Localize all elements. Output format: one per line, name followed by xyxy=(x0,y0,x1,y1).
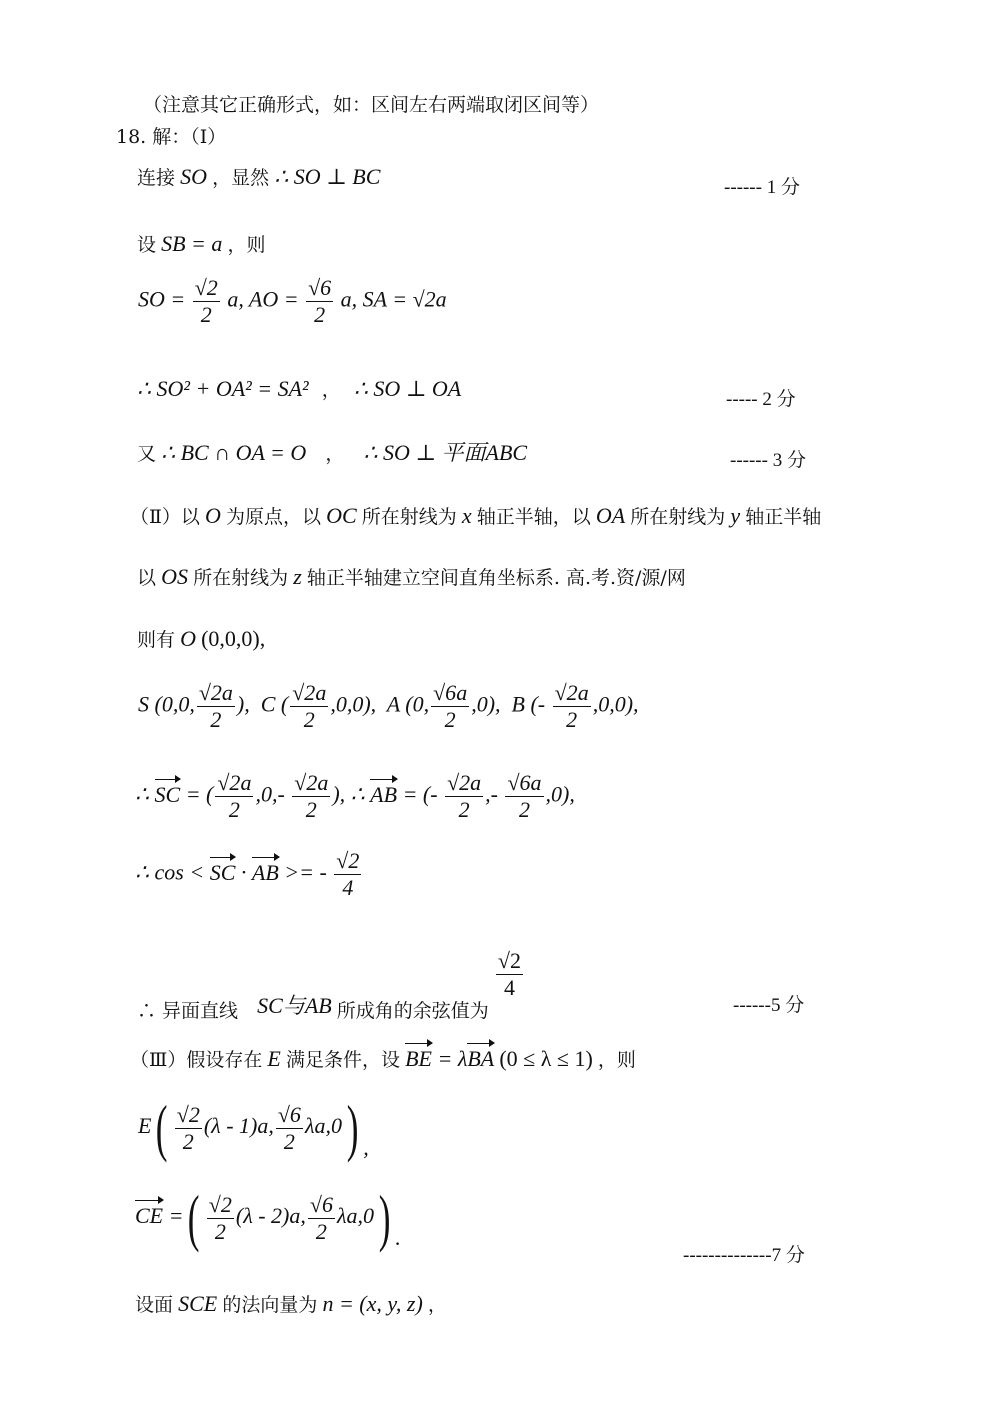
score-3: ------ 3 分 xyxy=(730,445,806,472)
text: 设 xyxy=(137,234,156,256)
math-sb-eq-a: SB = a xyxy=(161,231,222,256)
text: ，则 xyxy=(228,234,266,256)
math: a, SA = xyxy=(341,287,407,312)
cos-line: ∴ cos < SC · AB >= - √24 ∴ cos < SC · AB… xyxy=(135,848,363,901)
vectors-line: ∴ SC = (√2a2,0,- √2a2), ∴ AB = (- √2a2,-… xyxy=(135,770,575,823)
part1-line5: 又 ∴ BC ∩ OA = O ， ∴ SO ⊥ 平面ABC xyxy=(137,436,527,467)
math: x xyxy=(462,503,472,528)
score-7: --------------7 分 xyxy=(683,1240,805,1267)
math-so-perp-bc: ∴ SO ⊥ BC xyxy=(274,164,380,189)
text: 所在射线为 xyxy=(362,506,457,528)
math-so: SO xyxy=(180,164,207,189)
note-text: （注意其它正确形式，如：区间左右两端取闭区间等） xyxy=(143,90,599,117)
part2-line1: （Ⅱ）以 O 为原点，以 OC 所在射线为 x 轴正半轴，以 OA 所在射线为 … xyxy=(130,502,821,529)
numerator: √6 xyxy=(306,275,333,302)
text: 为原点，以 xyxy=(226,506,321,528)
math: (0,0,0), xyxy=(201,626,265,651)
math: a, AO = xyxy=(227,287,298,312)
math: SCE xyxy=(178,1291,217,1316)
denominator: 2 xyxy=(193,302,220,328)
text: ， xyxy=(325,443,344,465)
score-1: ------ 1 分 xyxy=(724,172,800,199)
part2-line2: 以 OS 所在射线为 z 轴正半轴建立空间直角坐标系. 高.考.资/源/网 xyxy=(137,563,686,590)
fraction: √24 xyxy=(496,948,523,1001)
vector-ce: CE =(√22(λ - 2)a,√62λa,0). CE = ( √2/2 (… xyxy=(135,1186,401,1250)
point-e: E(√22(λ - 1)a,√62λa,0), E( √2/2 (λ - 1)a… xyxy=(138,1096,369,1160)
part3-line1: （Ⅲ）假设存在 E 满足条件，设 BE = λBA (0 ≤ λ ≤ 1) ，则 xyxy=(130,1045,636,1072)
math: E xyxy=(267,1046,280,1071)
text: 轴正半轴建立空间直角坐标系. 高.考.资/源/网 xyxy=(307,567,686,589)
fraction: √22 xyxy=(193,275,220,328)
math: SO = xyxy=(138,287,185,312)
math: O xyxy=(180,626,196,651)
text: 设面 xyxy=(135,1294,173,1316)
text: 所在射线为 xyxy=(193,567,288,589)
math: OS xyxy=(161,564,188,589)
text: ， xyxy=(322,379,341,401)
part2-conclusion: ∴ 异面直线 SC与AB 所成角的余弦值为 √24 xyxy=(137,948,525,1001)
text: 所在射线为 xyxy=(630,506,725,528)
math: SC与AB xyxy=(257,993,332,1018)
math: y xyxy=(730,503,740,528)
text: （Ⅲ）假设存在 xyxy=(130,1049,262,1071)
text: ，显然 xyxy=(212,167,269,189)
math: (0 ≤ λ ≤ 1) xyxy=(499,1046,592,1071)
part3-normal-line: 设面 SCE 的法向量为 n = (x, y, z) ， xyxy=(135,1290,447,1317)
text: 满足条件，设 xyxy=(286,1049,400,1071)
points-line: S (0,0,√2a2), C (√2a2,0,0), A (0,√6a2,0)… xyxy=(138,680,639,733)
part1-line1: 连接 SO ，显然 ∴ SO ⊥ BC xyxy=(137,163,380,190)
text: 轴正半轴，以 xyxy=(477,506,591,528)
math-normal-vector: n = (x, y, z) xyxy=(322,1291,422,1316)
text: 以 xyxy=(137,567,156,589)
text: ∴ 异面直线 xyxy=(137,1000,238,1022)
math: OA xyxy=(596,503,625,528)
text: 又 xyxy=(137,443,156,465)
math: O xyxy=(205,503,221,528)
solve-label: 解：（Ⅰ） xyxy=(152,126,226,148)
problem-number: 18. xyxy=(116,126,146,148)
text: ， xyxy=(428,1294,447,1316)
text: 则有 xyxy=(137,629,175,651)
math-intersection: ∴ BC ∩ OA = O xyxy=(161,440,306,465)
fraction: √62 xyxy=(306,275,333,328)
text: 的法向量为 xyxy=(222,1294,317,1316)
text: 所成角的余弦值为 xyxy=(337,1000,489,1022)
math-so-perp-plane: ∴ SO ⊥ 平面ABC xyxy=(363,440,527,465)
part1-line4: ∴ SO² + OA² = SA² ， ∴ SO ⊥ OA xyxy=(137,375,461,402)
score-2: ----- 2 分 xyxy=(726,384,796,411)
math: OC xyxy=(326,503,357,528)
math: z xyxy=(293,564,302,589)
math-so-perp-oa: ∴ SO ⊥ OA xyxy=(354,376,461,401)
score-5: ------5 分 xyxy=(733,990,804,1017)
part1-line3-equation: SO = √22 a, AO = √62 a, SA = √2a xyxy=(138,275,447,328)
math: √2a xyxy=(413,287,447,312)
part2-line3: 则有 O (0,0,0), xyxy=(137,625,265,652)
problem-header: 18. 解：（Ⅰ） xyxy=(116,122,226,149)
math-pythagoras: ∴ SO² + OA² = SA² xyxy=(137,376,309,401)
denominator: 2 xyxy=(306,302,333,328)
text: （Ⅱ）以 xyxy=(130,506,200,528)
text: 连接 xyxy=(137,167,175,189)
text: ，则 xyxy=(598,1049,636,1071)
numerator: √2 xyxy=(193,275,220,302)
part1-line2: 设 SB = a ，则 xyxy=(137,230,266,257)
text: 轴正半轴 xyxy=(745,506,821,528)
